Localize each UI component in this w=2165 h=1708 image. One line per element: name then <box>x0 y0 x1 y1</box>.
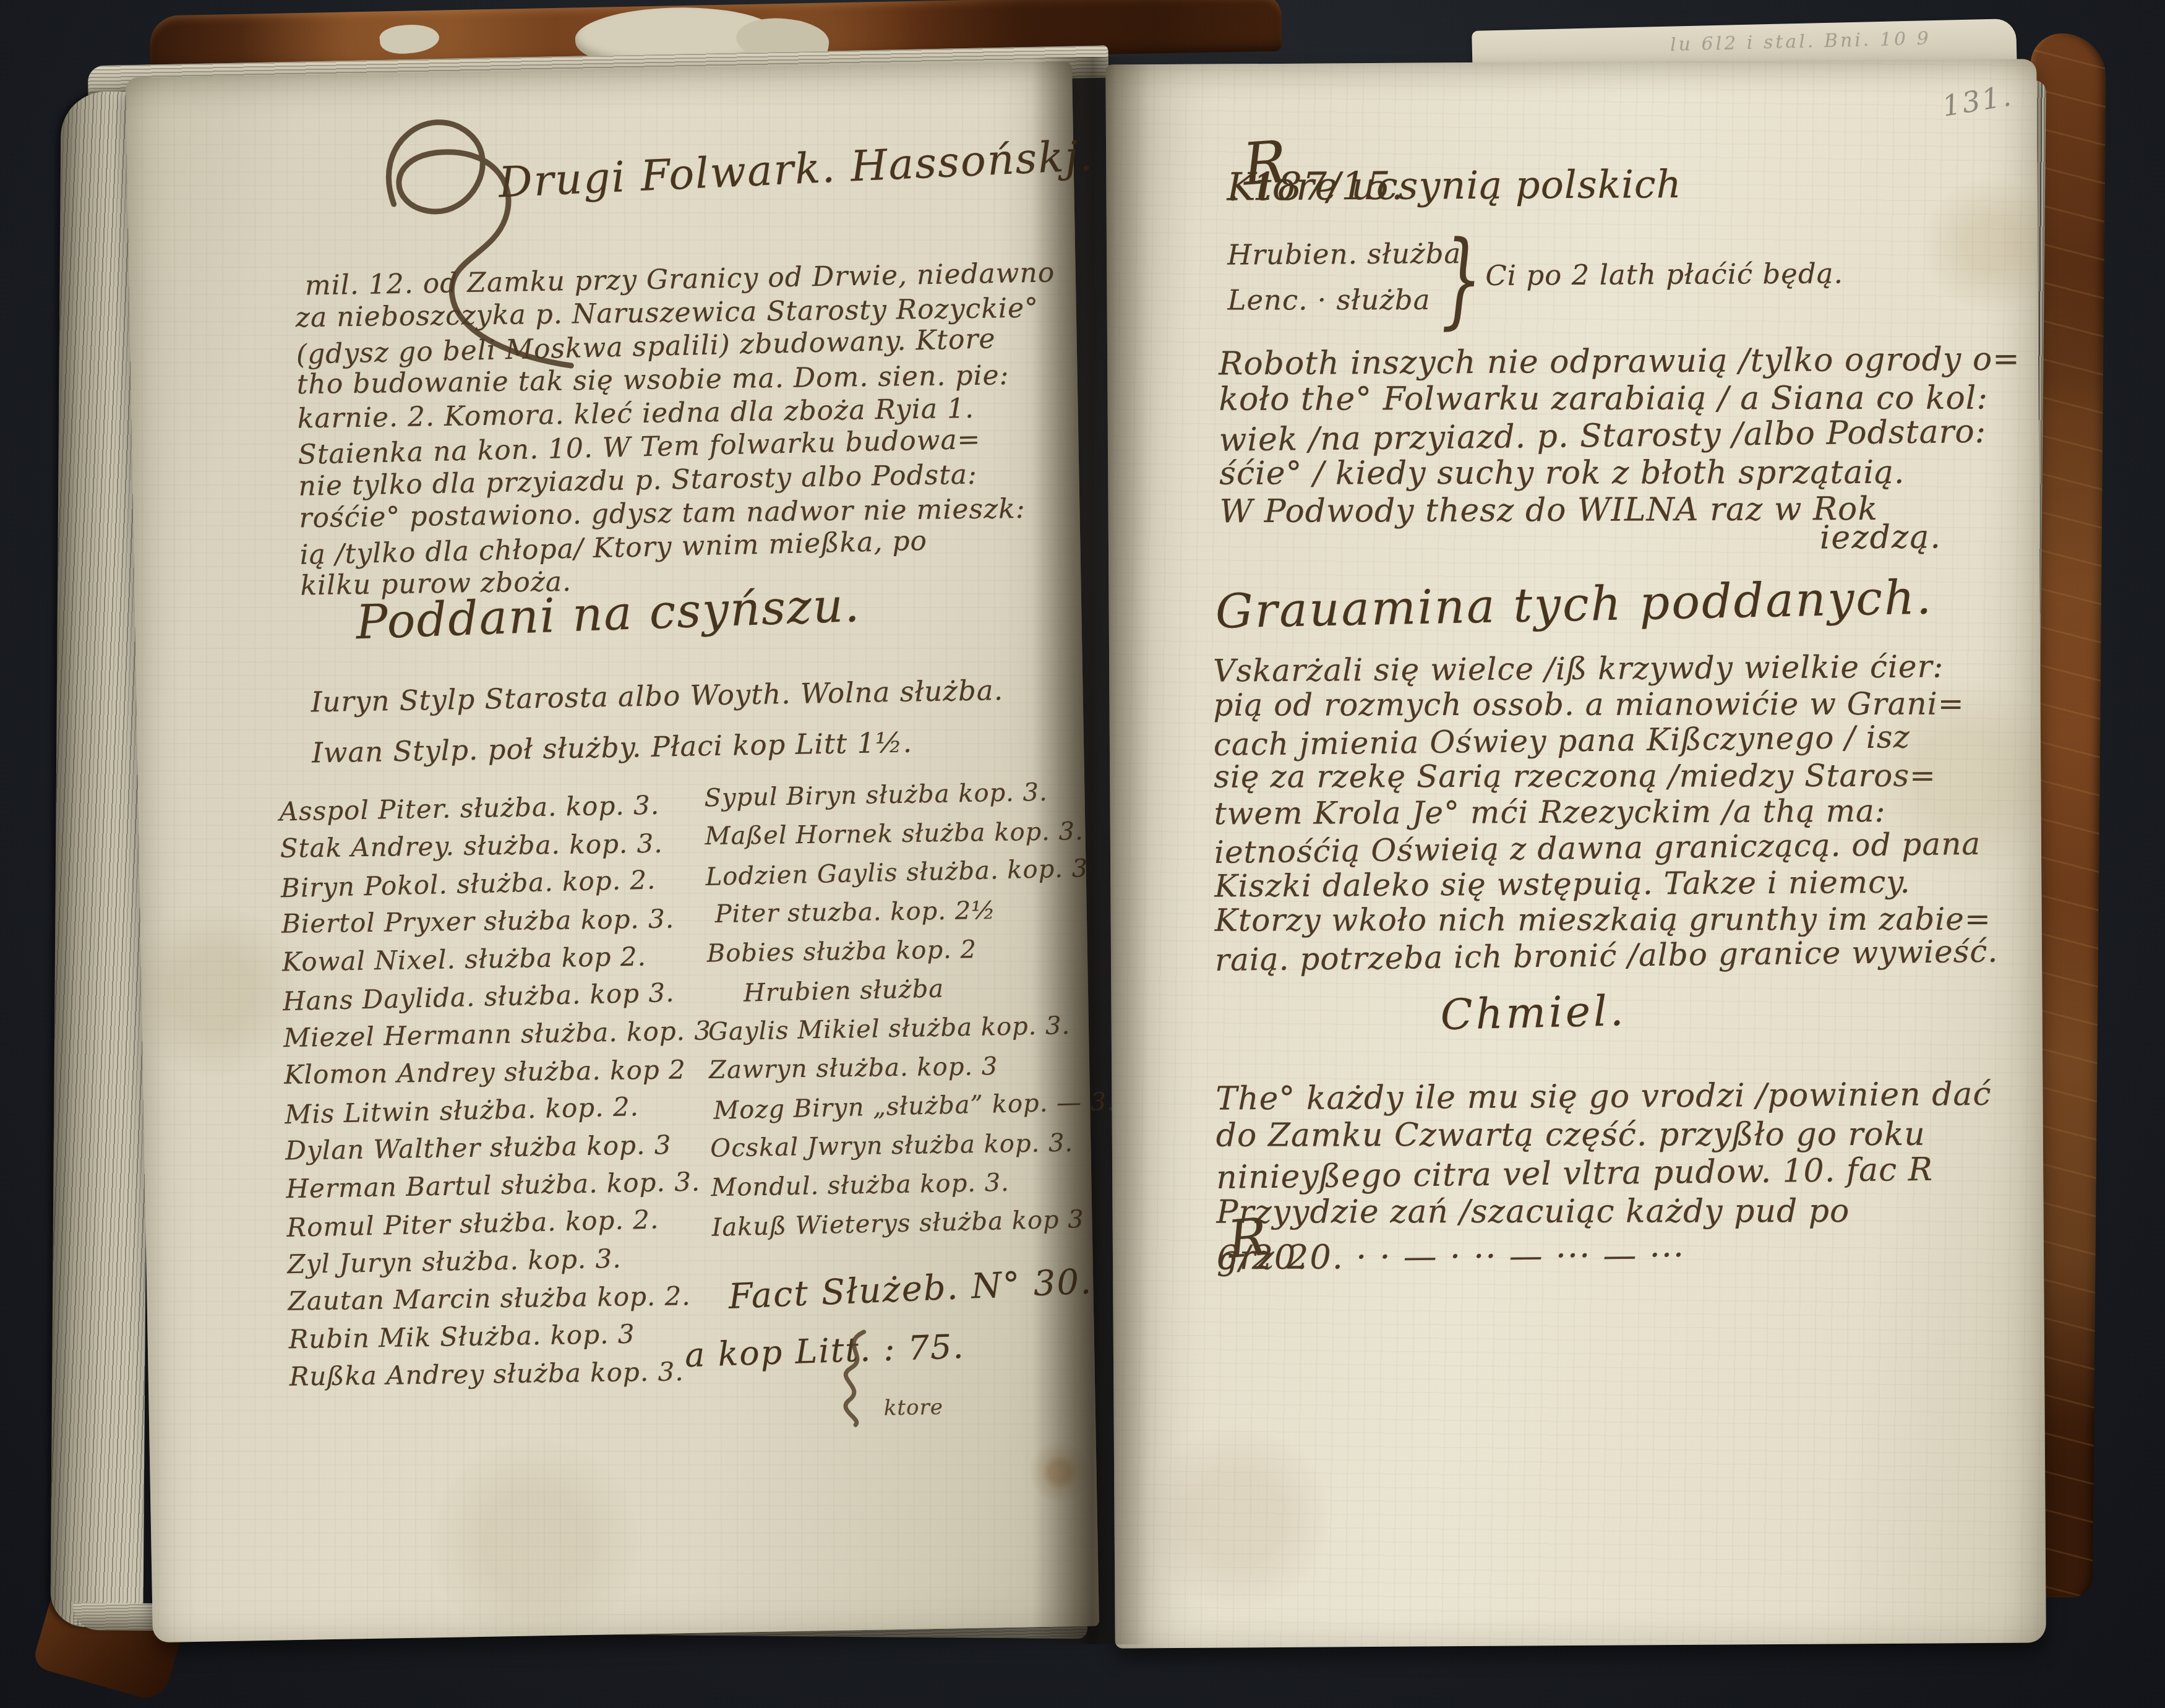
brace-icon: } <box>1441 218 1482 340</box>
text-line: ninieyßego citra vel vltra pudow. 10. fa… <box>1216 1149 2009 1197</box>
text-line: Lodzien Gaylis służba. kop. 3 <box>705 850 1068 897</box>
deferred-payers-note: Ci po 2 lath płaćić będą. <box>1485 257 1843 292</box>
labour-paragraph-tail: iezdzą. <box>1820 518 1942 556</box>
kopy-total-line: a kop Litt. : 75. <box>684 1327 965 1375</box>
text-line: Ktorzy wkoło nich mieszkaią grunthy im z… <box>1215 901 2013 938</box>
pen-flourish-icon <box>349 95 620 378</box>
tenant-list-column-2: Sypul Biryn służba kop. 3.Maßel Hornek s… <box>704 773 1074 1247</box>
sum-amount: . 187/15. <box>1227 163 1404 210</box>
right-page: 131. Ktore ucsynią polskichR. 187/15. Hr… <box>1105 59 2046 1648</box>
photo-stage: lu 6l2 i stal. Bni. 10 9 Drugi Folwark. … <box>0 0 2165 1708</box>
text-line: Roboth inszych nie odprawuią /tylko ogro… <box>1219 341 2004 383</box>
text-line: raią. potrzeba ich bronić /albo granice … <box>1215 933 2013 978</box>
text-line: Hrubien. służba <box>1227 231 1462 278</box>
text-line: Przyydzie zań /szacuiąc każdy pud po <box>1216 1192 2008 1232</box>
starosta-line: Iuryn Stylp Starosta albo Woyth. Wolna s… <box>311 674 1003 719</box>
grievances-heading: Grauamina tych poddanych. <box>1108 567 2040 641</box>
text-line: Gaylis Mikiel służba kop. 3. <box>708 1006 1071 1052</box>
text-line: Bobies służba kop. 2 <box>706 929 1069 974</box>
labour-paragraph: Roboth inszych nie odprawuią /tylko ogro… <box>1219 341 2005 531</box>
text-line: Hrubien służba <box>743 967 1070 1013</box>
text-line: Zawryn służba. kop. 3 <box>709 1046 1071 1090</box>
text-line: Iakuß Wieterys służba kop 3 <box>711 1201 1074 1248</box>
hops-paragraph: The° każdy ile mu się go vrodzi /powinie… <box>1215 1075 2008 1234</box>
catchword: ktore <box>883 1395 943 1421</box>
text-line: twem Krola Je° mći Rzezyckim /a thą ma: <box>1214 792 2012 831</box>
grievances-paragraph: Vskarżali się wielce /iß krzywdy wielkie… <box>1213 648 2013 976</box>
tenant-list-column-1: Asspol Piter. służba. kop. 3.Stak Andrey… <box>279 785 722 1396</box>
page-number: 131. <box>1940 79 2015 123</box>
text-line: Kiszki daleko się wstępuią. Takze i niem… <box>1214 864 2012 904</box>
catchword-flourish-icon <box>827 1328 885 1428</box>
text-line: Asspol Piter. służba. kop. 3. <box>279 785 713 830</box>
text-line: Piter stuzba. kop. 2½ <box>714 890 1068 933</box>
text-line: Zautan Marcin służba kop. 2. <box>288 1277 721 1320</box>
text-line: Rubin Mik Służba. kop. 3 <box>288 1314 722 1358</box>
text-line: Zyl Juryn służba. kop. 3. <box>287 1238 721 1283</box>
hops-heading: Chmiel. <box>1068 978 1999 1049</box>
text-line: Miezel Hermann służba. kop. 3 <box>283 1011 717 1057</box>
text-line: pią od rozmych ossob. a mianowićie w Gra… <box>1213 686 2011 723</box>
text-line: wiek /na przyiazd. p. Starosty /albo Pod… <box>1219 413 2005 458</box>
services-total-line: Fact Służeb. N° 30. <box>727 1261 1093 1317</box>
text-line: się za rzekę Sarią rzeczoną /miedzy Star… <box>1214 758 2012 795</box>
text-line: cach jmienia Oświey pana Kißczynego / is… <box>1214 718 2012 763</box>
text-line: Maßel Hornek służba kop. 3. <box>705 812 1067 856</box>
text-line: Ocskal Jwryn służba kop. 3. <box>710 1124 1073 1169</box>
text-line: Lenc. · służba <box>1227 277 1461 324</box>
text-line: Vskarżali się wielce /iß krzywdy wielkie… <box>1213 648 2011 689</box>
text-line: Mozg Biryn „służba” kop. — 3. <box>713 1084 1072 1131</box>
text-line: The° każdy ile mu się go vrodzi /powinie… <box>1215 1075 2007 1118</box>
half-service-line: Iwan Stylp. poł służby. Płaci kop Litt 1… <box>312 726 913 770</box>
text-line: Sypul Biryn służba kop. 3. <box>704 773 1066 818</box>
text-line: koło the° Folwarku zarabiaią / a Siana c… <box>1219 380 2004 418</box>
text-line: Biertol Pryxer służba kop. 3. <box>281 899 715 943</box>
text-line: Rußka Andrey służba kop. 3. <box>289 1352 722 1396</box>
deferred-payers-rows: Hrubien. służba Lenc. · służba <box>1227 231 1462 324</box>
text-line: Dylan Walther służba kop. 3 <box>285 1125 719 1170</box>
left-page: Drugi Folwark. Hassońskj. mil. 12. od Za… <box>126 61 1099 1642</box>
hops-total-amount: 6/20. <box>1217 1238 1309 1277</box>
text-line: śćie° / kiedy suchy rok z błoth sprzątai… <box>1219 454 2005 492</box>
text-line: Mondul. służba kop. 3. <box>711 1162 1073 1208</box>
text-line: do Zamku Czwartą część. przyßło go roku <box>1216 1115 2008 1155</box>
